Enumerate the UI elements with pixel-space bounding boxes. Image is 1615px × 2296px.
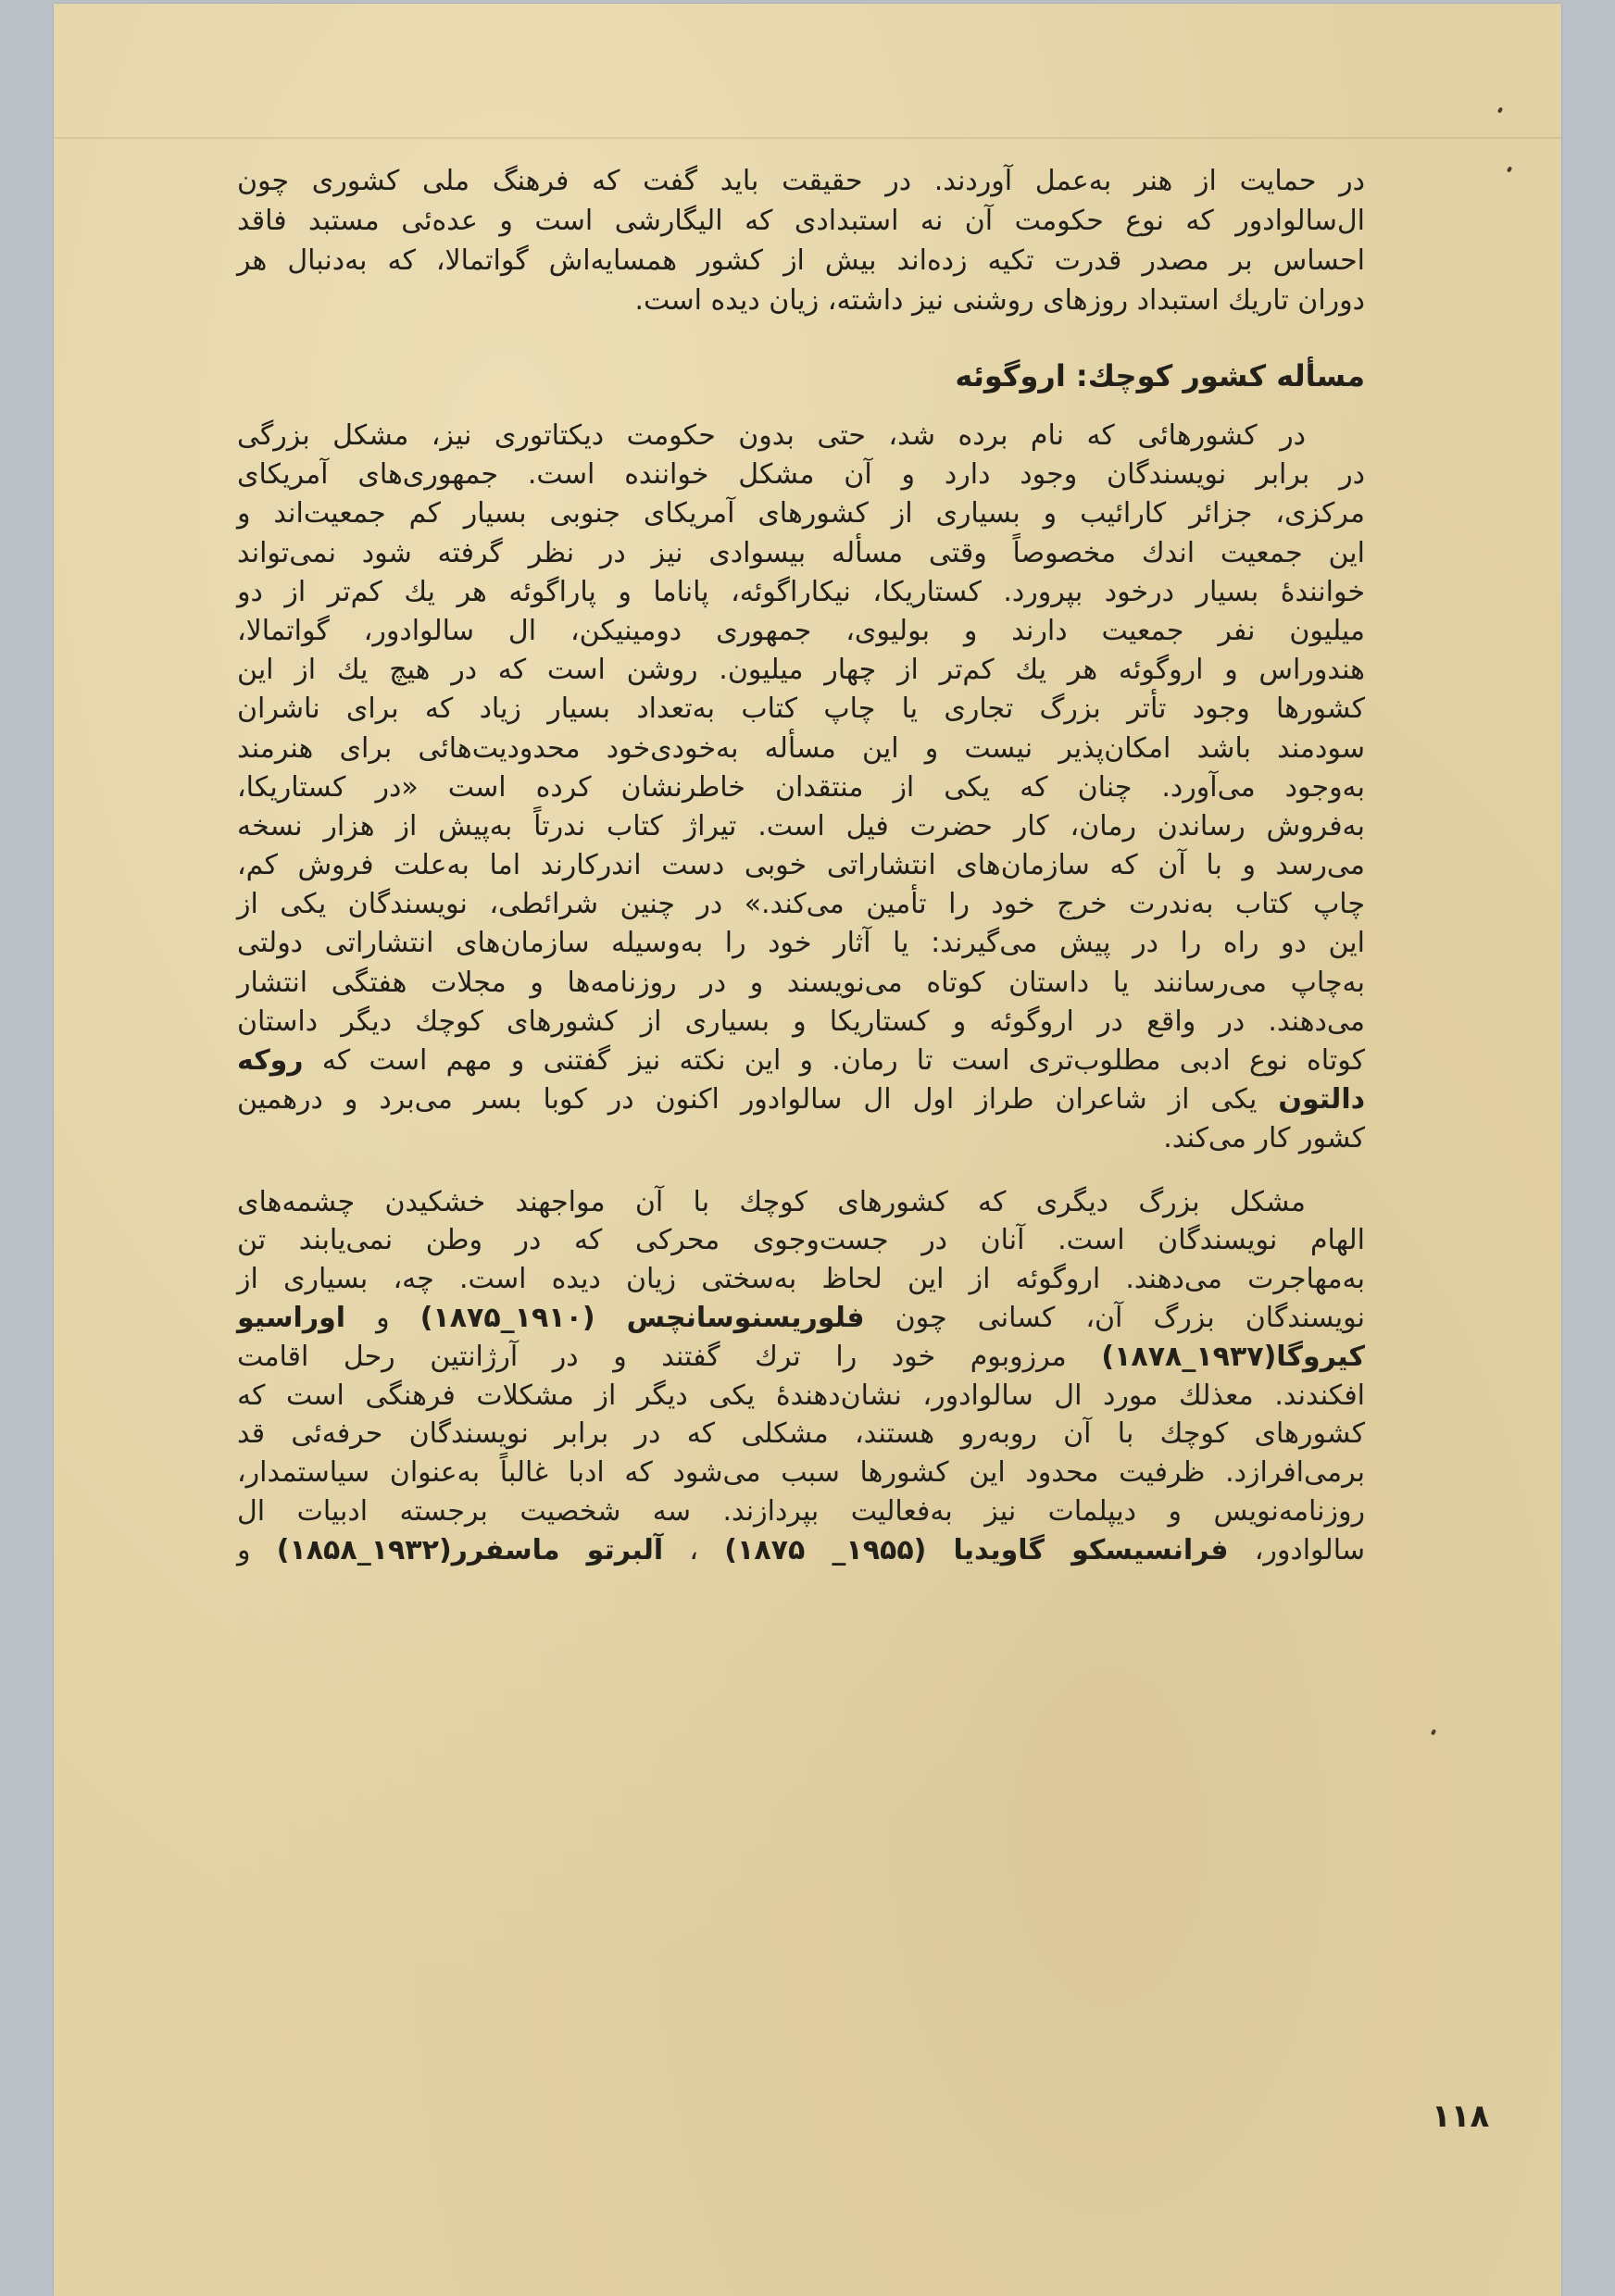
page-number: ۱۱۸ xyxy=(1432,2098,1489,2135)
bold-name-quiroga: کیروگا(۱۹۳۷_۱۸۷۸) xyxy=(1101,1341,1365,1373)
bold-name-florencio-sanchez: فلوریسنوسانچس (۱۹۱۰_۱۸۷۵) xyxy=(420,1302,865,1334)
text-line: میلیون نفر جمعیت دارند و بولیوی، جمهوری … xyxy=(237,612,1365,651)
text-segment: و xyxy=(376,1302,390,1334)
page-text-block: در حمایت از هنر به‌عمل آوردند. در حقیقت … xyxy=(237,161,1365,1570)
bold-name-masferrer: آلبرتو ماسفرر(۱۹۳۲_۱۸۵۸) xyxy=(277,1534,663,1566)
text-line: احساس بر مصدر قدرت تکیه زده‌اند بیش از ک… xyxy=(237,241,1365,281)
text-line: برمی‌افرازد. ظرفیت محدود این کشورها سبب … xyxy=(237,1454,1365,1492)
text-line: به‌مهاجرت می‌دهند. اروگوئه از این لحاظ ب… xyxy=(237,1260,1365,1299)
text-segment: ، xyxy=(689,1534,698,1566)
text-line: کشورها وجود تأتر بزرگ تجاری یا چاپ کتاب … xyxy=(237,690,1365,729)
bold-name-dalton: دالتون xyxy=(1278,1083,1365,1116)
paper-crease xyxy=(54,137,1561,139)
paper-speck xyxy=(1507,166,1512,172)
text-segment: کوتاه نوع ادبی مطلوب‌تری است تا رمان. و … xyxy=(322,1044,1365,1077)
paragraph-1: در حمایت از هنر به‌عمل آوردند. در حقیقت … xyxy=(237,161,1365,320)
text-segment: سالوادور، xyxy=(1255,1534,1365,1566)
paper-speck xyxy=(1497,106,1503,113)
text-segment: نویسندگان بزرگ آن، کسانی چون xyxy=(895,1302,1365,1334)
bold-name-roque: روکه xyxy=(237,1044,304,1077)
text-line: مشکل بزرگ دیگری که کشورهای کوچك با آن مو… xyxy=(237,1183,1365,1222)
paragraph-2: در کشورهائی که نام برده شد، حتی بدون حکو… xyxy=(237,417,1365,1159)
text-line: به‌فروش رساندن رمان، کار حضرت فیل است. ت… xyxy=(237,807,1365,846)
text-line: چاپ کتاب به‌ندرت خرج خود را تأمین می‌کند… xyxy=(237,885,1365,924)
text-line: الهام نویسندگان است. آنان در جست‌وجوی مح… xyxy=(237,1221,1365,1260)
paragraph-3: مشکل بزرگ دیگری که کشورهای کوچك با آن مو… xyxy=(237,1183,1365,1570)
text-line: می‌دهند. در واقع در اروگوئه و کستاریکا و… xyxy=(237,1003,1365,1042)
text-line: کوتاه نوع ادبی مطلوب‌تری است تا رمان. و … xyxy=(237,1042,1365,1080)
text-line: سالوادور، فرانسیسکو گاویدیا (۱۹۵۵_ ۱۸۷۵)… xyxy=(237,1531,1365,1570)
text-line: افکندند. معذلك مورد ال سالوادور، نشان‌ده… xyxy=(237,1377,1365,1416)
text-line: در حمایت از هنر به‌عمل آوردند. در حقیقت … xyxy=(237,161,1365,201)
text-line: دالتون یکی از شاعران طراز اول ال سالوادو… xyxy=(237,1080,1365,1119)
text-line: سودمند باشد امکان‌پذیر نیست و این مسأله … xyxy=(237,730,1365,768)
text-line: در برابر نویسندگان وجود دارد و آن مشکل خ… xyxy=(237,455,1365,494)
text-line: کشور کار می‌کند. xyxy=(237,1119,1365,1158)
paper-speck xyxy=(1431,1728,1436,1735)
text-segment: مرزوبوم خود را ترك گفتند و در آرژانتین ر… xyxy=(237,1341,1067,1373)
bold-name-gavidia: فرانسیسکو گاویدیا (۱۹۵۵_ ۱۸۷۵) xyxy=(724,1534,1228,1566)
text-line: هندوراس و اروگوئه هر یك کم‌تر از چهار می… xyxy=(237,651,1365,690)
book-page: در حمایت از هنر به‌عمل آوردند. در حقیقت … xyxy=(54,4,1561,2296)
text-line: دوران تاریك استبداد روزهای روشنی نیز داش… xyxy=(237,281,1365,320)
text-line: می‌رسد و با آن که سازمان‌های انتشاراتی خ… xyxy=(237,846,1365,885)
text-line: این دو راه را در پیش می‌گیرند: یا آثار خ… xyxy=(237,924,1365,963)
text-line: این جمعیت اندك مخصوصاً وقتی مسأله بیسواد… xyxy=(237,534,1365,573)
text-line: کشورهای کوچك با آن روبه‌رو هستند، مشکلی … xyxy=(237,1415,1365,1454)
text-line: به‌وجود می‌آورد. چنان که یکی از منتقدان … xyxy=(237,768,1365,807)
section-heading: مسأله کشور کوچك: اروگوئه xyxy=(237,348,1365,404)
text-segment: یکی از شاعران طراز اول ال سالوادور اکنون… xyxy=(237,1083,1257,1116)
text-line: نویسندگان بزرگ آن، کسانی چون فلوریسنوسان… xyxy=(237,1299,1365,1338)
text-line: مرکزی، جزائر کارائیب و بسیاری از کشورهای… xyxy=(237,494,1365,533)
bold-name-horacio: اوراسیو xyxy=(237,1302,345,1334)
text-line: در کشورهائی که نام برده شد، حتی بدون حکو… xyxy=(237,417,1365,455)
text-line: کیروگا(۱۹۳۷_۱۸۷۸) مرزوبوم خود را ترك گفت… xyxy=(237,1338,1365,1377)
text-line: ال‌سالوادور که نوع حکومت آن نه استبدادی … xyxy=(237,201,1365,241)
text-line: روزنامه‌نویس و دیپلمات نیز به‌فعالیت بپر… xyxy=(237,1492,1365,1531)
text-line: خوانندهٔ بسیار درخود بپرورد. کستاریکا، ن… xyxy=(237,573,1365,612)
text-line: به‌چاپ می‌رسانند یا داستان کوتاه می‌نویس… xyxy=(237,964,1365,1003)
text-segment: و xyxy=(237,1534,251,1566)
